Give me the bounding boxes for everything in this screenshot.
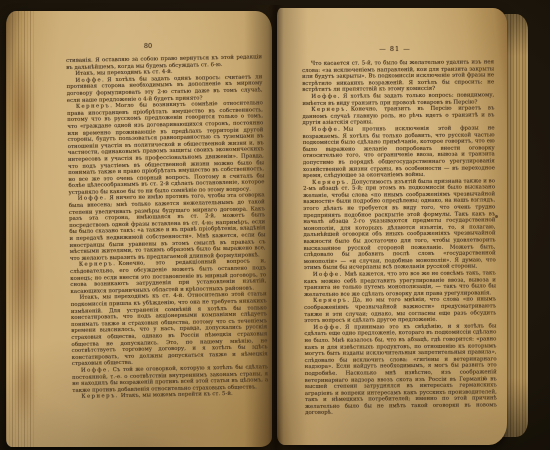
paragraph: Иоффе.Я ничего не имѣю противъ того, что…: [69, 193, 266, 263]
paper-stain: [7, 49, 35, 174]
paper-stain: [12, 341, 36, 426]
left-page-text: стиванія. Я оставляю за собою право верн…: [66, 54, 269, 401]
right-page-text: Что касается ст. 5-й, то было бы желател…: [302, 59, 497, 417]
paragraph-text: Могло бы возникнуть сомнѣніе относительн…: [67, 100, 264, 195]
book-photo: 80 — 81 — стиванія. Я оставляю за собою …: [0, 0, 550, 450]
speaker-name: Иоффе.: [312, 127, 342, 133]
paragraph-text: Допустимость изъятій была признана также…: [303, 178, 496, 271]
paragraph-text: Что касается ст. 5-й, то было бы желател…: [302, 59, 494, 93]
paragraph: Кернеръ.Да, но мы того мнѣнія, что слова…: [304, 297, 496, 325]
paragraph-text: Итакъ, мы переходимъ къ ст. 4-й. Относит…: [71, 292, 268, 368]
paragraph: Иоффе.Съ той же оговоркой, которую я хот…: [72, 364, 268, 394]
right-page-number: — 81 —: [362, 45, 428, 53]
left-page-number: 80: [118, 42, 178, 50]
speaker-name: Кернеръ.: [311, 107, 348, 113]
paragraph: Кернеръ.Конечно, это редакціонный вопрос…: [70, 259, 267, 296]
paragraph: Кернеръ.Допустимость изъятій была призна…: [303, 178, 496, 272]
speaker-name: Иоффе.: [311, 94, 341, 100]
speaker-name: Кернеръ.: [81, 393, 118, 400]
signature-mark: 6: [483, 376, 486, 382]
paragraph: Иоффе.Мы противъ исключенія этой фразы н…: [303, 125, 495, 179]
speaker-name: Иоффе.: [78, 196, 108, 203]
speaker-name: Иоффе.: [313, 272, 343, 278]
paragraph: Иоффе.Я принимаю это къ свѣдѣнію, и я хо…: [304, 323, 497, 417]
paragraph: Кернеръ.Могло бы возникнуть сомнѣніе отн…: [67, 100, 265, 196]
paper-stain: [4, 196, 40, 356]
paragraph: Что касается ст. 5-й, то было бы желател…: [302, 59, 494, 94]
paragraph: Иоффе.Я хотѣлъ бы задать одинъ вопросъ: …: [66, 74, 262, 104]
paragraph: Итакъ, мы переходимъ къ ст. 4-й. Относит…: [71, 292, 268, 368]
paragraph: Иоффе.Мнѣ кажется, что это все же не сов…: [304, 270, 496, 298]
speaker-name: Кернеръ.: [313, 298, 350, 304]
paragraph-text: Мы противъ исключенія этой фразы не возр…: [303, 125, 495, 179]
paragraph: Кернеръ.Конечно, транзитъ въ Персію игра…: [302, 105, 494, 126]
speaker-name: Иоффе.: [81, 367, 111, 374]
paragraph-text: Я принимаю это къ свѣдѣнію, и я хотѣлъ б…: [304, 323, 497, 416]
ink-speck: [495, 215, 498, 218]
paragraph-text: Я ничего не имѣю противъ того, чтобы эта…: [69, 193, 266, 262]
